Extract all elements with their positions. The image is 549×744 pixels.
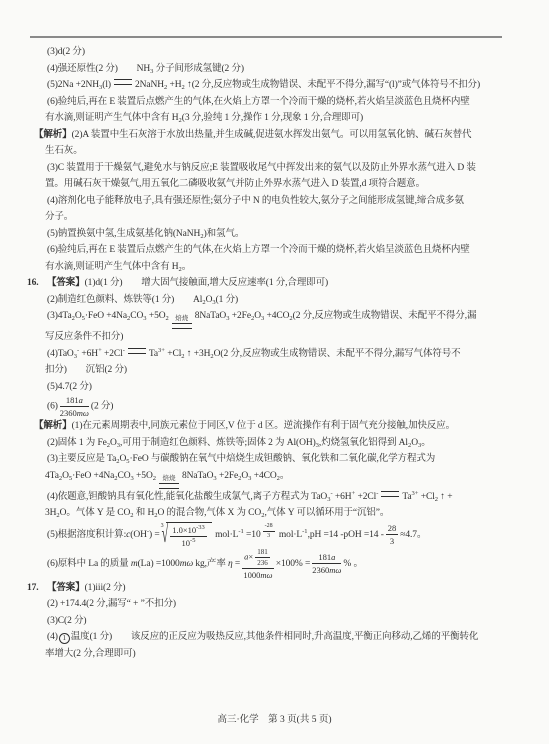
bold-label: 【解析】: [34, 130, 72, 140]
text-line: (2)固体 1 为 Fe2O3,可用于制造红色颜料、炼铁等;固体 2 为 Al(…: [47, 435, 508, 452]
text-line: (4)强还原性(2 分) NH3 分子间形成氢键(2 分): [47, 61, 508, 78]
text-line: 17.【答案】(1)iii(2 分): [47, 580, 508, 597]
subscript: 2: [210, 353, 213, 360]
condition-text: 焙烧: [162, 475, 175, 482]
text-line: (2)制造红色颜料、炼铁等(1 分) Al2O3(1 分): [47, 292, 508, 309]
subscript: 2: [166, 315, 169, 322]
text-line: (3)C(2 分): [47, 613, 508, 630]
superscript: -: [147, 528, 149, 535]
top-rule-divider: [30, 36, 502, 38]
subscript: 2: [56, 512, 59, 519]
text-line: (6)原料中 La 的质量 m(La) =1000mω kg,产率 η =a×1…: [47, 548, 508, 580]
subscript: 3: [99, 84, 102, 91]
numerator: 181a: [312, 552, 341, 564]
superscript: -1: [302, 528, 307, 535]
text-line: (3)主要反应是 Ta2O5·FeO 与碳酸钠在氧气中焙烧生成钽酸钠、氧化铁和二…: [47, 451, 508, 468]
subscript: 2: [202, 299, 205, 306]
bold-label: 【答案】: [47, 278, 85, 288]
superscript: -: [77, 347, 79, 354]
text-line: (3)4Ta2O5·FeO +4Na2CO3 +5O2焙烧8NaTaO3 +2F…: [47, 308, 508, 329]
page-footer: 高三·化学 第 3 页(共 5 页): [0, 711, 549, 725]
bold-label: 【解析】: [34, 421, 72, 431]
superscript: -1: [238, 528, 243, 535]
subscript: 2: [179, 266, 182, 273]
superscript: -: [123, 347, 125, 354]
text-line: (4)1温度(1 分) 该反应的正反应为吸热反应,其他条件相同时,升高温度,平衡…: [47, 629, 508, 646]
subscript: 2: [164, 84, 167, 91]
text-line: 3H2O。气体 Y 是 CO2 和 H2O 的混合物,气体 X 为 CO2,气体…: [45, 505, 508, 522]
subscript: 2: [127, 315, 130, 322]
text-line: (5)钠置换氨中氢,生成氨基化钠(NaNH2)和氢气。: [47, 226, 508, 243]
italic-var: a: [79, 395, 83, 405]
denominator: 3: [386, 535, 399, 546]
text-line: 置。用碱石灰干燥氨气,用五氧化二磷吸收氨气并防止外界水蒸气进入 D 装置,d 项…: [45, 176, 508, 193]
cube-root: 3√1.0×10-3310-5: [161, 522, 212, 548]
italic-var: a: [331, 552, 335, 562]
subscript: 2: [182, 84, 185, 91]
subscript: 3: [150, 68, 153, 75]
subscript: 2: [130, 512, 133, 519]
subscript: 3: [248, 475, 251, 482]
denominator: 2360mω: [60, 407, 89, 418]
text-line: (5)2Na +2NH3(l)2NaNH2 +H2 ↑(2 分,反应物或生成物错…: [47, 77, 508, 94]
superscript: -33: [196, 524, 205, 531]
subscript: 2: [277, 475, 280, 482]
text-line: 生石灰。: [45, 143, 508, 160]
equation-equals: [128, 348, 146, 354]
reaction-condition: 焙烧: [159, 475, 179, 489]
subscript: 2: [435, 496, 438, 503]
italic-var: mω: [329, 565, 341, 575]
text-line: 【解析】(1)在元素周期表中,同族元素位于同区,V 位于 d 区。逆流操作有利于…: [34, 418, 508, 435]
superscript: 3+: [158, 347, 165, 354]
superscript-fraction: -283: [261, 528, 277, 535]
superscript: -5: [190, 537, 195, 544]
subscript: 2: [408, 442, 411, 449]
subscript: 2: [153, 475, 156, 482]
subscript: 2: [238, 475, 241, 482]
text-line: (3)C 装置用于干燥氨气,避免水与钠反应;E 装置吸收尾气中挥发出来的氨气以及…: [47, 160, 508, 177]
text-line: (3)d(2 分): [47, 44, 508, 61]
numerator: 28: [386, 523, 399, 535]
subscript: 3: [212, 299, 215, 306]
text-line: 率增大(2 分,合理即可): [45, 646, 508, 663]
reaction-condition: 焙烧: [172, 315, 192, 329]
subscript: 3: [418, 442, 421, 449]
subscript: 2: [72, 315, 75, 322]
subscript: 3: [143, 315, 146, 322]
bold-label: 【答案】: [47, 583, 85, 593]
text-line: 有水滴,则证明产生气体中含有 H2。: [45, 259, 508, 276]
subscript: 3: [316, 442, 319, 449]
superscript: +: [98, 347, 102, 354]
italic-var: mω: [77, 408, 89, 418]
fraction: 181a2360mω: [60, 395, 89, 418]
text-line: 分子。: [45, 209, 508, 226]
text-line: (6)验纯后,再在 E 装置后点燃产生的气体,在火焰上方罩一个冷而干燥的烧杯,若…: [47, 242, 508, 259]
superscript: -: [330, 490, 332, 497]
fraction: -283: [263, 523, 275, 539]
text-line: (4)TaO3- +6H+ +2Cl-Ta3+ +Cl2 ↑ +3H2O(2 分…: [47, 346, 508, 363]
text-line: 扣分) 沉铝(2 分): [45, 362, 508, 379]
italic-var: mω: [260, 570, 272, 580]
text-line: (6)验纯后,再在 E 装置后点燃产生的气体,在火焰上方罩一个冷而干燥的烧杯,若…: [47, 94, 508, 111]
condition-text: 焙烧: [175, 315, 188, 322]
subscript: 2: [179, 117, 182, 124]
text-line: (5)4.7(2 分): [47, 379, 508, 396]
text-line: 写反应条件不扣分): [45, 329, 508, 346]
text-line: (5)根据溶度积计算:c(OH-) =3√1.0×10-3310-5 mol·L…: [47, 522, 508, 548]
radicand: 1.0×10-3310-5: [166, 522, 212, 548]
numerator: 181a: [60, 395, 89, 407]
italic-var: m: [131, 559, 138, 569]
exam-answer-page: (3)d(2 分)(4)强还原性(2 分) NH3 分子间形成氢键(2 分)(5…: [0, 0, 549, 744]
subscript: 3: [117, 442, 120, 449]
fraction: a×1812361000mω: [242, 548, 274, 580]
answer-lines: (3)d(2 分)(4)强还原性(2 分) NH3 分子间形成氢键(2 分)(5…: [30, 44, 508, 662]
subscript: 5: [69, 475, 72, 482]
item-number: 17.: [27, 580, 39, 597]
subscript: 2: [181, 353, 184, 360]
subscript: 2: [289, 315, 292, 322]
denominator: 10-5: [170, 537, 207, 548]
fraction: 181236: [255, 548, 270, 567]
text-line: 【解析】(2)A 装置中生石灰溶于水放出热量,并生成碱,促进氨水挥发出氨气。可以…: [34, 127, 508, 144]
subscript: 2: [251, 315, 254, 322]
superscript: +: [352, 490, 356, 497]
italic-var: a: [244, 551, 248, 561]
text-line: (4)依题意,钽酸钠具有氧化性,能氧化盐酸生成氯气,离子方程式为 TaO3- +…: [47, 489, 508, 506]
text-line: 16.【答案】(1)d(1 分) 增大固气接触面,增大反应速率(1 分,合理即可…: [47, 275, 508, 292]
numerator: 181: [255, 548, 270, 558]
subscript: 2: [107, 442, 110, 449]
subscript: 2: [261, 512, 264, 519]
numerator: a×181236: [242, 548, 274, 569]
subscript: 2: [154, 512, 157, 519]
subscript: 3: [261, 315, 264, 322]
subscript: 5: [82, 315, 85, 322]
text-line: 4Ta2O5·FeO +4Na2CO3 +5O2焙烧8NaTaO3 +2Fe2O…: [45, 468, 508, 489]
italic-var: η: [228, 559, 233, 569]
equation-equals: [381, 491, 399, 497]
subscript: 2: [114, 475, 117, 482]
subscript: 2: [116, 458, 119, 465]
italic-var: mω: [180, 559, 193, 569]
numerator: 1.0×10-33: [170, 525, 207, 537]
subscript: 2: [59, 475, 62, 482]
denominator: 2360mω: [312, 564, 341, 575]
fraction: 283: [386, 523, 399, 546]
superscript: -: [376, 490, 378, 497]
text-line: (4)溶剂化电子能释放电子,具有强还原性;氨分子中 N 的电负性较大,氨分子之间…: [47, 193, 508, 210]
subscript: 2: [200, 233, 203, 240]
text-line: (6)181a2360mω(2 分): [47, 395, 508, 418]
item-number: 16.: [27, 275, 39, 292]
denominator: 3: [263, 532, 275, 540]
subscript: 5: [126, 458, 129, 465]
fraction: 1.0×10-3310-5: [170, 525, 207, 548]
subscript: 3: [131, 475, 134, 482]
text-line: (2) +174.4(2 分,漏写“ + ”不扣分): [47, 596, 508, 613]
denominator: 1000mω: [242, 569, 274, 580]
fraction: 181a2360mω: [312, 552, 341, 575]
subscript: 3: [213, 475, 216, 482]
equation-equals: [114, 79, 132, 85]
superscript: 3+: [412, 490, 419, 497]
circled-number: 1: [59, 633, 70, 644]
denominator: 236: [255, 558, 270, 567]
subscript: 3: [226, 315, 229, 322]
text-line: 有水滴,则证明产生气体中含有 H2(3 分,验纯 1 分,操作 1 分,现象 1…: [45, 110, 508, 127]
italic-var: c: [126, 530, 130, 540]
numerator: -28: [263, 523, 275, 532]
